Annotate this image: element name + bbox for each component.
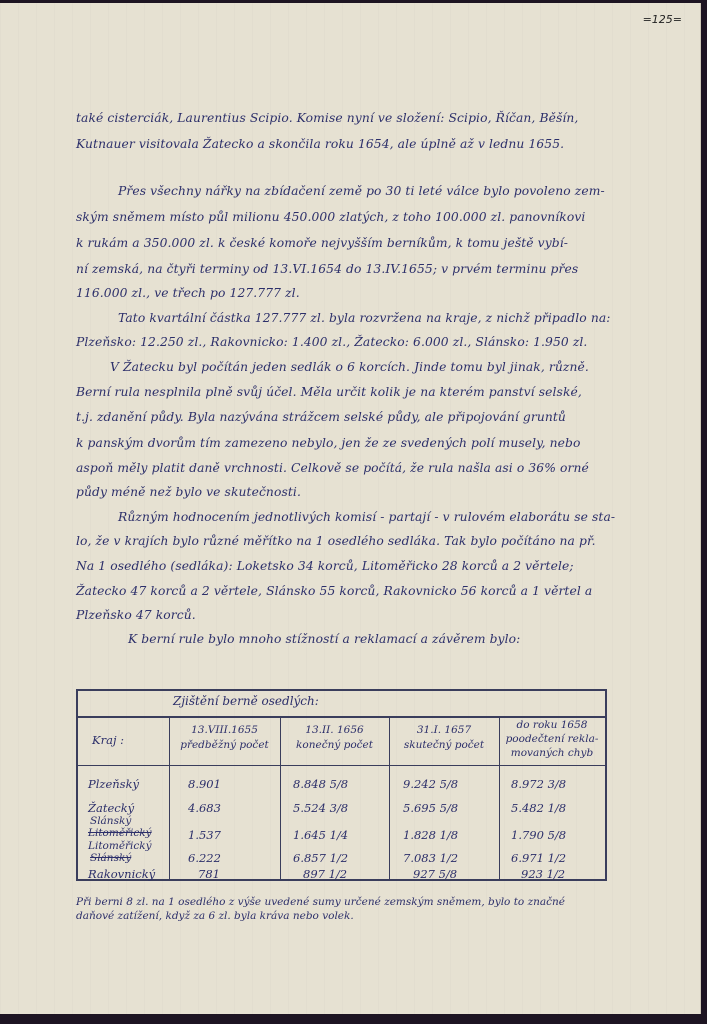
row-kraj: Plzeňský [88,777,139,791]
text-line: K berní rule bylo mnoho stížností a rekl… [128,632,520,646]
row-kraj: Žatecký [88,801,134,815]
header-1656: 13.II. 1656 konečný počet [280,723,389,753]
header-divider [78,765,605,766]
row-value: 927 5/8 [413,867,457,881]
tax-table: Zjištění berně osedlých: Kraj : 13.VIII.… [76,689,607,881]
row-kraj-struck: Slánský [90,852,131,864]
row-value: 9.242 5/8 [403,777,458,791]
row-value: 4.683 [188,801,221,815]
page-number: =125= [643,13,682,26]
table-title-row: Zjištění berně osedlých: [78,691,605,718]
row-value: 5.524 3/8 [293,801,348,815]
text-line: Berní rula nesplnila plně svůj účel. Měl… [76,385,582,399]
row-value: 8.972 3/8 [511,777,566,791]
text-line: Na 1 osedlého (sedláka): Loketsko 34 kor… [76,559,574,573]
footnote-line: Při berni 8 zl. na 1 osedlého z výše uve… [76,896,565,908]
header-1655: 13.VIII.1655 předběžný počet [169,723,280,753]
document-page: =125= také cisterciák, Laurentius Scipio… [0,3,701,1014]
header-1657: 31.I. 1657 skutečný počet [389,723,499,753]
text-line: také cisterciák, Laurentius Scipio. Komi… [76,111,578,125]
text-line: Plzeňsko 47 korců. [76,608,196,622]
text-line: k panským dvorům tím zamezeno nebylo, je… [76,436,580,450]
row-kraj: Slánský [90,815,131,827]
row-value: 1.790 5/8 [511,828,566,842]
row-value: 1.828 1/8 [403,828,458,842]
row-value: 781 [198,867,220,881]
table-title: Zjištění berně osedlých: [173,694,319,708]
text-line: 116.000 zl., ve třech po 127.777 zl. [76,286,300,300]
row-value: 5.482 1/8 [511,801,566,815]
text-line: Kutnauer visitovala Žatecko a skončila r… [76,137,564,151]
text-line: lo, že v krajích bylo různé měřítko na 1… [76,534,596,548]
row-value: 1.537 [188,828,221,842]
text-line: půdy méně než bylo ve skutečnosti. [76,485,301,499]
row-value: 5.695 5/8 [403,801,458,815]
text-line: aspoň měly platit daně vrchnosti. Celkov… [76,461,589,475]
row-value: 6.857 1/2 [293,851,348,865]
row-value: 7.083 1/2 [403,851,458,865]
footnote-line: daňové zatížení, když za 6 zl. byla kráv… [76,910,354,922]
text-line: t.j. zdanění půdy. Byla nazývána strážce… [76,410,566,424]
header-kraj: Kraj : [92,733,124,747]
row-value: 923 1/2 [521,867,565,881]
row-kraj: Rakovnický [88,867,155,881]
text-line: ským sněmem místo půl milionu 450.000 zl… [76,210,585,224]
text-line: Žatecko 47 korců a 2 věrtele, Slánsko 55… [76,584,592,598]
text-line: Různým hodnocením jednotlivých komisí - … [118,510,615,524]
row-value: 8.848 5/8 [293,777,348,791]
row-value: 897 1/2 [303,867,347,881]
text-line: V Žatecku byl počítán jeden sedlák o 6 k… [110,360,589,374]
text-line: Plzeňsko: 12.250 zl., Rakovnicko: 1.400 … [76,335,587,349]
text-line: Přes všechny nářky na zbídačení země po … [118,184,605,198]
text-line: ní zemská, na čtyři terminy od 13.VI.165… [76,262,578,276]
header-1658: do roku 1658 poodečtení rekla- movaných … [499,718,605,760]
row-kraj-struck: Litoměřický [88,827,152,839]
row-kraj: Litoměřický [88,840,152,852]
text-line: k rukám a 350.000 zl. k české komoře nej… [76,236,568,250]
row-value: 1.645 1/4 [293,828,348,842]
row-value: 6.222 [188,851,221,865]
row-value: 8.901 [188,777,221,791]
text-line: Tato kvartální částka 127.777 zl. byla r… [118,311,611,325]
row-value: 6.971 1/2 [511,851,566,865]
